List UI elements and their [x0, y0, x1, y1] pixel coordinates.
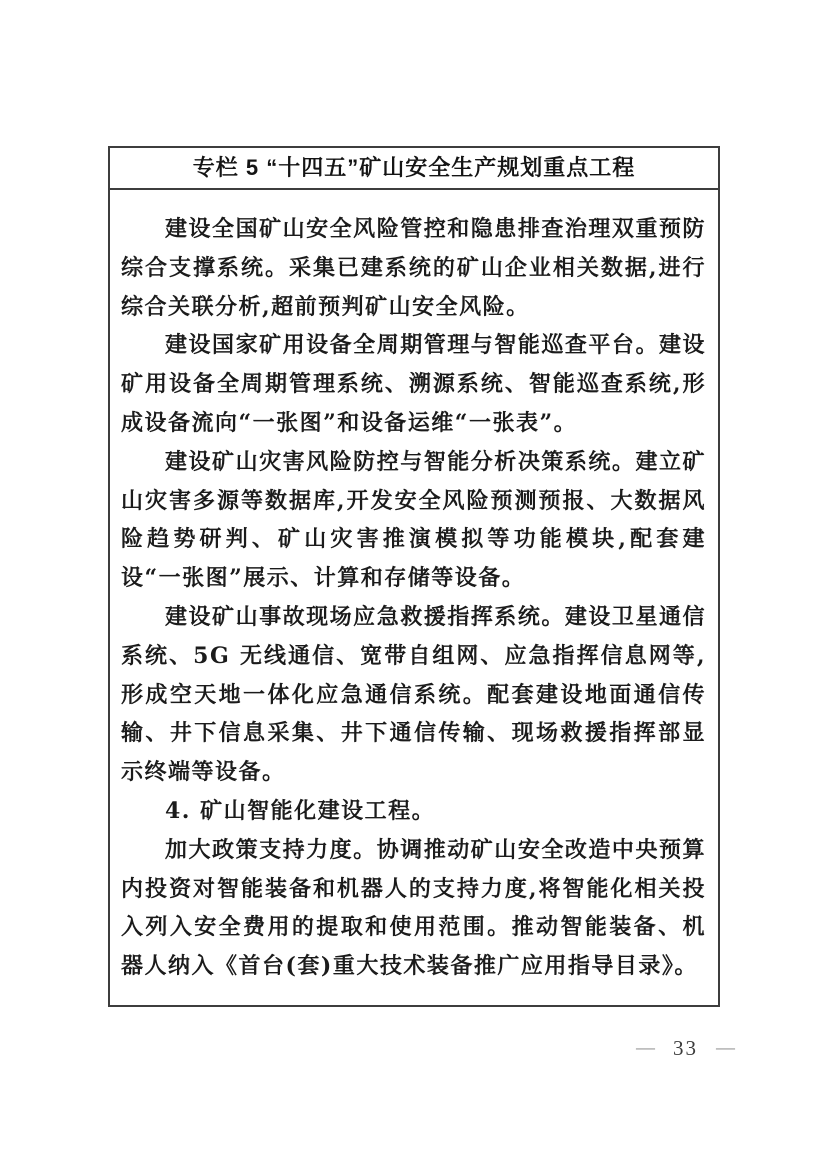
body-paragraph: 加大政策支持力度。协调推动矿山安全改造中央预算内投资对智能装备和机器人的支持力度… [121, 831, 706, 986]
body-paragraph: 建设全国矿山安全风险管控和隐患排查治理双重预防综合支撑系统。采集已建系统的矿山企… [121, 210, 706, 326]
page-number-footer: — 33 — [635, 1036, 736, 1060]
highlight-box-body: 建设全国矿山安全风险管控和隐患排查治理双重预防综合支撑系统。采集已建系统的矿山企… [110, 190, 718, 986]
highlight-box: 专栏 5 “十四五”矿山安全生产规划重点工程 建设全国矿山安全风险管控和隐患排查… [108, 146, 720, 1007]
page-number-dash-right: — [715, 1038, 736, 1057]
body-paragraph: 建设国家矿用设备全周期管理与智能巡查平台。建设矿用设备全周期管理系统、溯源系统、… [121, 326, 706, 442]
body-paragraph: 建设矿山灾害风险防控与智能分析决策系统。建立矿山灾害多源等数据库,开发安全风险预… [121, 443, 706, 598]
page-number: 33 [673, 1036, 698, 1060]
page-number-dash-left: — [635, 1038, 656, 1057]
highlight-box-title: 专栏 5 “十四五”矿山安全生产规划重点工程 [110, 148, 718, 190]
body-paragraph: 建设矿山事故现场应急救援指挥系统。建设卫星通信系统、5G 无线通信、宽带自组网、… [121, 598, 706, 792]
body-paragraph: 4. 矿山智能化建设工程。 [121, 792, 706, 831]
